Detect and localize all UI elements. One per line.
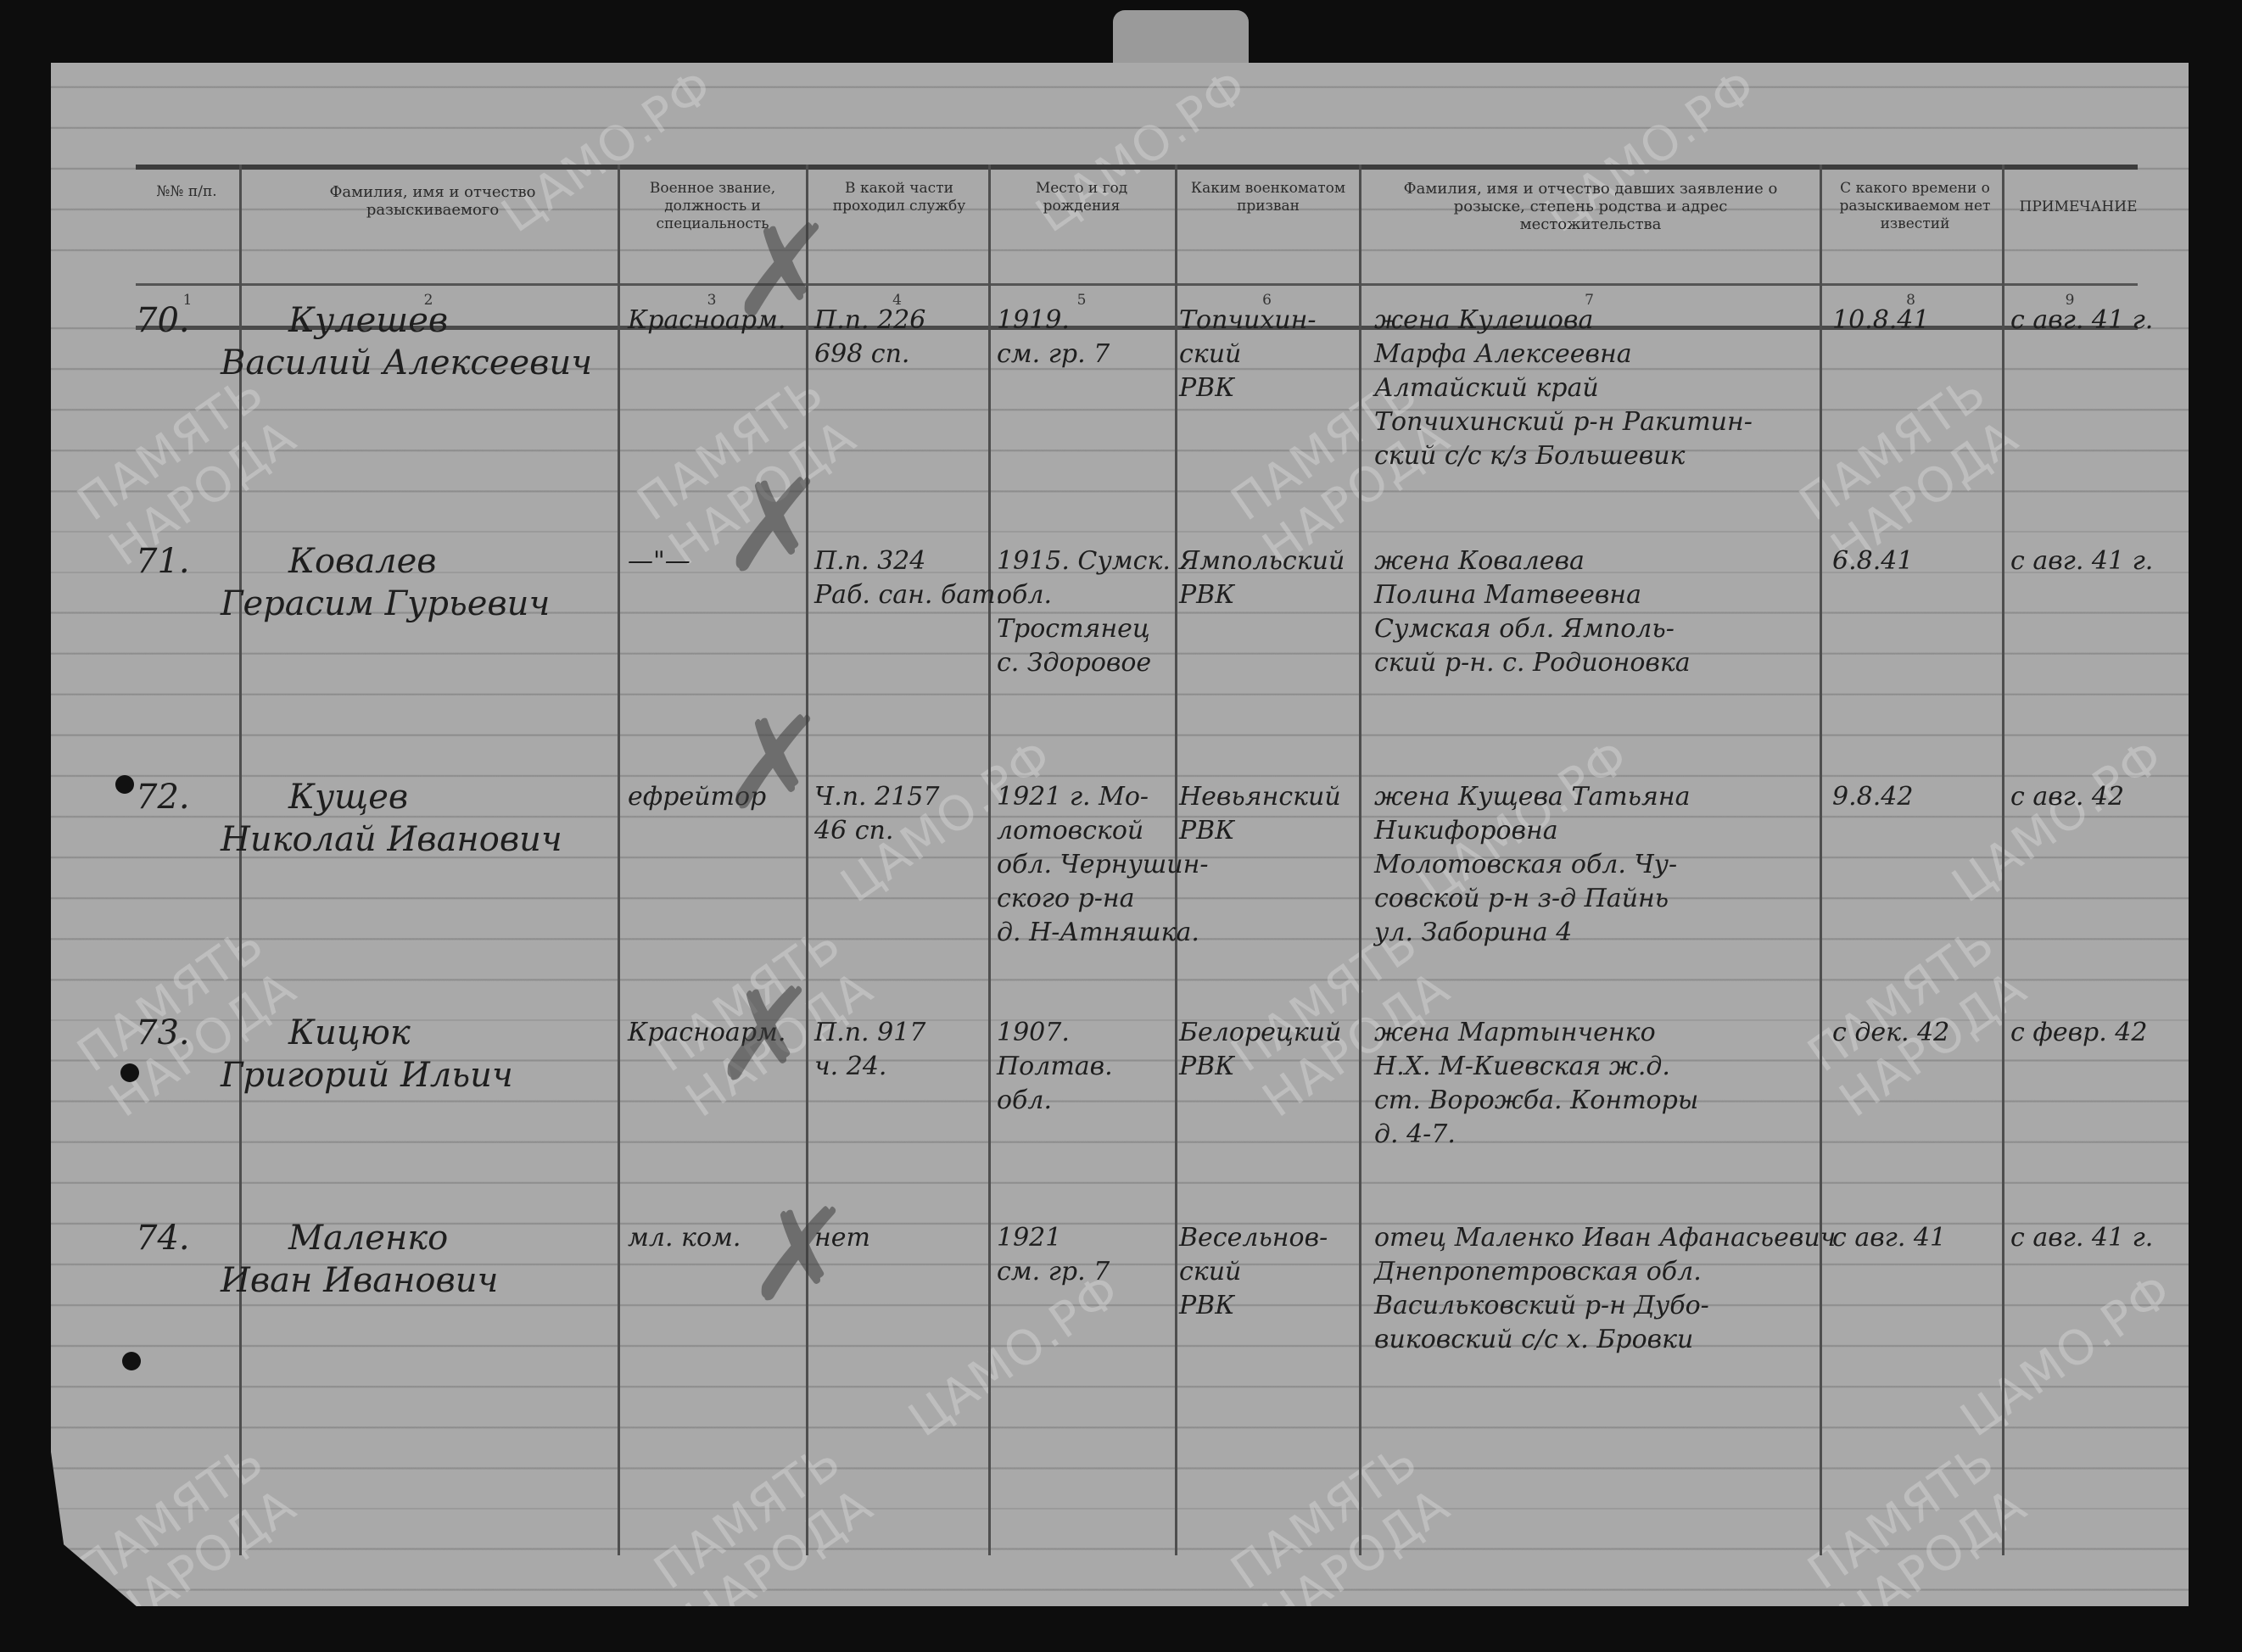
table-top-rule <box>136 165 2138 170</box>
rank: мл. ком. <box>628 1221 741 1255</box>
punch-hole <box>115 775 134 794</box>
rank: —"— <box>628 544 690 578</box>
header-col-2: Фамилия, имя и отчество разыскиваемого <box>263 183 602 219</box>
column-divider <box>1359 165 1361 1555</box>
column-divider <box>806 165 808 1555</box>
birth-place-year: 1921 г. Мо-лотовскойобл. Чернушин-ского … <box>997 780 1209 950</box>
surname: Ковалев <box>288 539 437 583</box>
missing-since: с дек. 42 <box>1832 1016 1949 1050</box>
note: с авг. 41 г. <box>2010 304 2153 338</box>
missing-since: 6.8.41 <box>1832 544 1913 578</box>
given-name-patronymic: Николай Иванович <box>221 818 562 862</box>
header-number-rule <box>136 283 2138 286</box>
pencil-mark-icon: ✗ <box>713 962 819 1109</box>
surname: Маленко <box>288 1216 448 1260</box>
birth-place-year: 1921см. гр. 7 <box>997 1221 1110 1289</box>
birth-place-year: 1919.см. гр. 7 <box>997 304 1110 371</box>
given-name-patronymic: Иван Иванович <box>221 1259 498 1303</box>
header-col-7: Фамилия, имя и отчество давших заявление… <box>1383 180 1798 233</box>
missing-since: 9.8.42 <box>1832 780 1913 814</box>
row-number: 71. <box>136 539 190 583</box>
document-page: ЦАМО.РФ ЦАМО.РФ ЦАМО.РФ ЦАМО.РФ ЦАМО.РФ … <box>51 63 2189 1606</box>
applicant: жена МартынченкоН.Х. М-Киевская ж.д.ст. … <box>1374 1016 1698 1152</box>
military-unit: П.п. 324Раб. сан. бат. <box>814 544 1004 612</box>
applicant: жена Кущева ТатьянаНикифоровнаМолотовска… <box>1374 780 1691 950</box>
row-number: 74. <box>136 1216 190 1260</box>
voenkomat: НевьянскийРВК <box>1179 780 1341 848</box>
pencil-mark-icon: ✗ <box>721 453 828 600</box>
surname: Кулешев <box>288 299 448 343</box>
missing-since: с авг. 41 <box>1832 1221 1946 1255</box>
note: с авг. 42 <box>2010 780 2124 814</box>
note: с февр. 42 <box>2010 1016 2147 1050</box>
military-unit: П.п. 917ч. 24. <box>814 1016 925 1084</box>
pencil-mark-icon: ✗ <box>746 1182 853 1330</box>
header-col-5: Место и год рождения <box>997 180 1166 215</box>
birth-place-year: 1915. Сумск.обл.Тростянецс. Здоровое <box>997 544 1171 680</box>
voenkomat: ЯмпольскийРВК <box>1179 544 1345 612</box>
given-name-patronymic: Герасим Гурьевич <box>221 582 550 626</box>
header-col-9: ПРИМЕЧАНИЕ <box>2010 198 2146 216</box>
column-divider <box>2002 165 2004 1555</box>
note: с авг. 41 г. <box>2010 1221 2153 1255</box>
header-col-8: С какого времени о разыскиваемом нет изв… <box>1832 180 1998 233</box>
pencil-mark-icon: ✗ <box>721 690 828 838</box>
given-name-patronymic: Григорий Ильич <box>221 1053 513 1097</box>
surname: Кущев <box>288 775 408 819</box>
voenkomat: Весельнов-скийРВК <box>1179 1221 1328 1323</box>
header-col-1: №№ п/п. <box>136 183 238 201</box>
header-col-6: Каким военкоматом призван <box>1183 180 1353 215</box>
column-divider <box>618 165 620 1555</box>
military-unit: Ч.п. 215746 сп. <box>814 780 939 848</box>
pencil-mark-icon: ✗ <box>730 198 836 346</box>
birth-place-year: 1907.Полтав.обл. <box>997 1016 1113 1118</box>
column-divider <box>988 165 991 1555</box>
note: с авг. 41 г. <box>2010 544 2153 578</box>
row-number: 72. <box>136 775 190 819</box>
applicant: жена КовалеваПолина МатвеевнаСумская обл… <box>1374 544 1691 680</box>
row-number: 70. <box>136 299 190 343</box>
voenkomat: Топчихин-скийРВК <box>1179 304 1317 405</box>
applicant: отец Маленко Иван АфанасьевичДнепропетро… <box>1374 1221 1836 1357</box>
header-col-4: В какой части проходил службу <box>814 180 984 215</box>
voenkomat: БелорецкийРВК <box>1179 1016 1341 1084</box>
row-number: 73. <box>136 1011 190 1055</box>
surname: Кицюк <box>288 1011 411 1055</box>
missing-since: 10.8.41 <box>1832 304 1930 338</box>
applicant: жена КулешоваМарфа АлексеевнаАлтайский к… <box>1374 304 1753 473</box>
given-name-patronymic: Василий Алексеевич <box>221 341 592 385</box>
paper-clip <box>1113 10 1249 64</box>
